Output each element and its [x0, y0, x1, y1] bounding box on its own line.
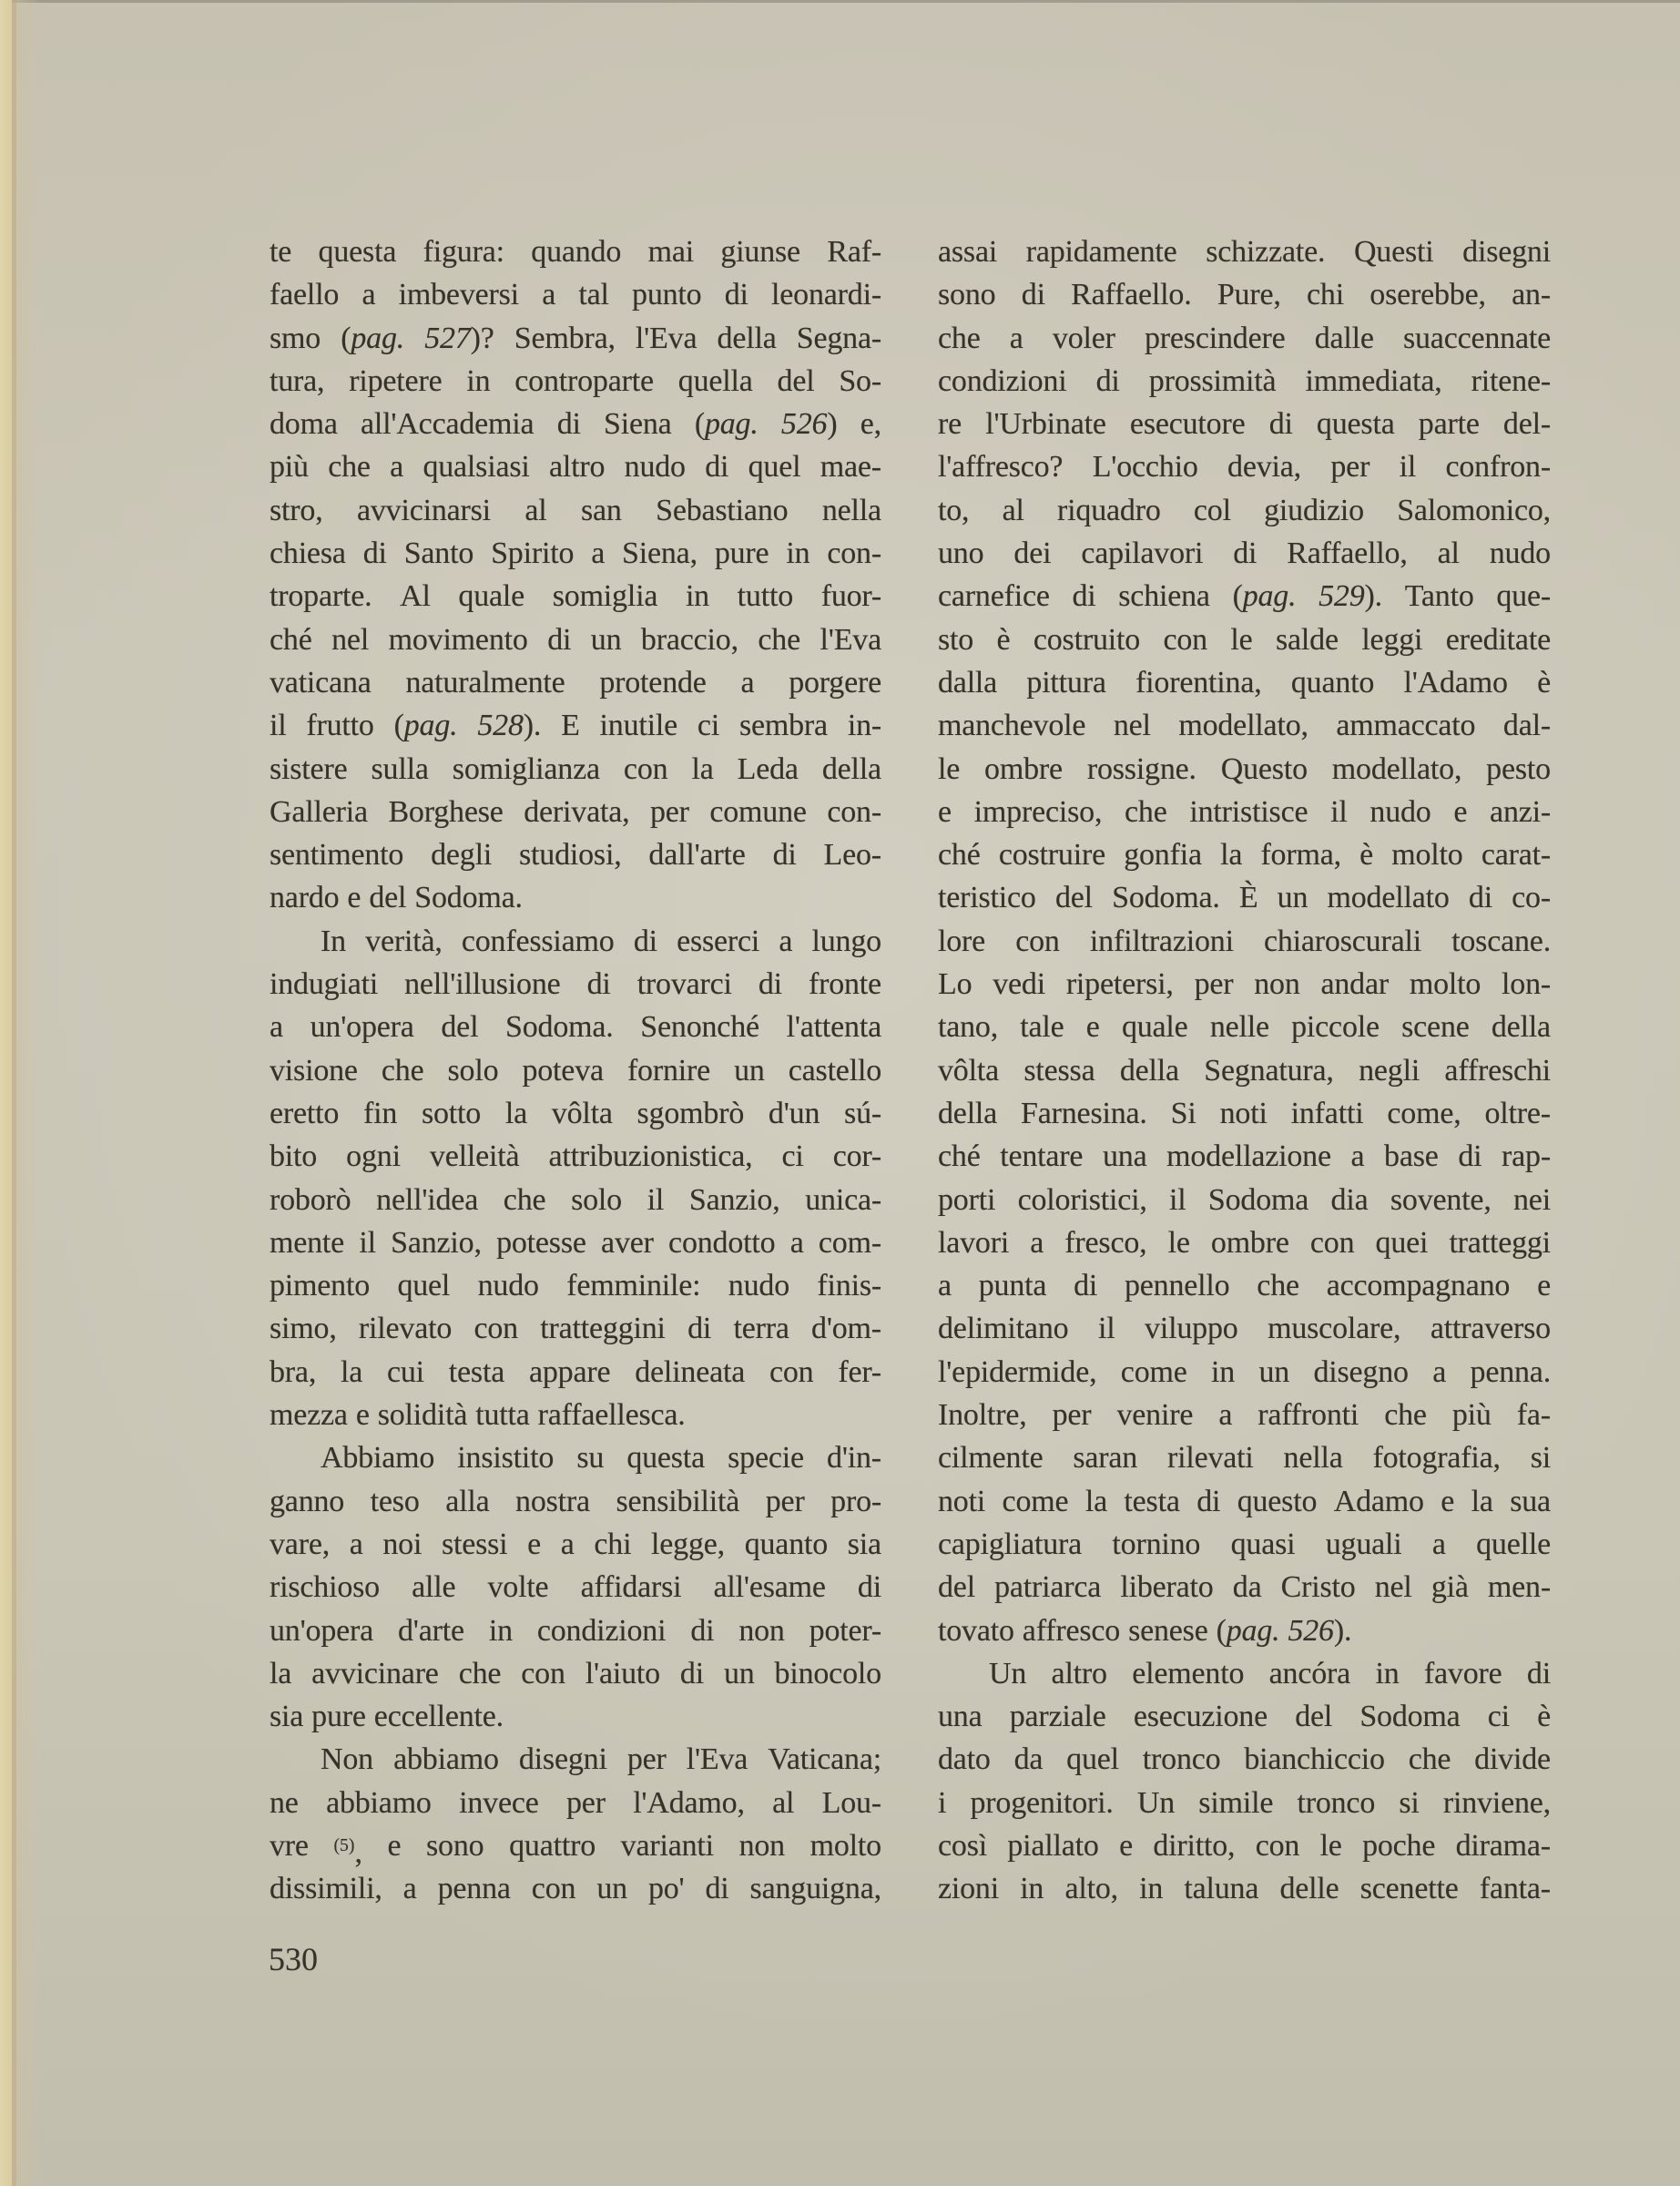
word: Sodoma [1359, 1695, 1460, 1738]
word: controparte [514, 360, 654, 403]
word: le [938, 748, 960, 791]
word: di [547, 618, 571, 661]
word: affidarsi [581, 1566, 682, 1609]
word: andar [1320, 963, 1389, 1006]
word: sentimento [270, 833, 403, 876]
word: trovarci [637, 963, 732, 1006]
word: poche [1362, 1824, 1435, 1867]
word: all'Accademia [361, 403, 534, 445]
word: raffaellesca. [538, 1394, 686, 1436]
word: finis- [817, 1264, 881, 1307]
word: chi [594, 1523, 631, 1566]
word: nelle [1210, 1006, 1269, 1048]
word: penna [438, 1867, 511, 1910]
word: di [1096, 360, 1120, 403]
word: intristisce [1189, 791, 1308, 833]
word: tale [1020, 1006, 1064, 1048]
text-line: piùcheaqualsiasialtronudodiquelmae- [270, 445, 881, 488]
word: Abbiamo [321, 1436, 434, 1479]
word: l'Adamo, [633, 1782, 745, 1824]
word: quattro [509, 1824, 596, 1867]
word: Galleria [270, 791, 368, 833]
word: a [1010, 317, 1023, 360]
word: dall'arte [648, 833, 745, 876]
word: in [1020, 1867, 1044, 1910]
word: di [680, 1652, 704, 1695]
word: in [786, 532, 809, 575]
word: condotto [668, 1221, 775, 1264]
word: velleità [430, 1135, 519, 1178]
word: porti [938, 1179, 995, 1221]
text-line: domaall'AccademiadiSiena(pag.526)e, [270, 403, 881, 445]
word: bra, [270, 1351, 316, 1394]
word: fanta- [1480, 1867, 1551, 1910]
text-line: chénelmovimentodiunbraccio,chel'Eva [270, 618, 881, 661]
word: volte [487, 1566, 548, 1609]
word: quasi [1231, 1523, 1296, 1566]
word: bianchiccio [1244, 1738, 1385, 1781]
word: mente [270, 1221, 344, 1264]
word: Al [400, 575, 431, 618]
word: quel [397, 1264, 450, 1307]
word: già [1431, 1566, 1469, 1609]
word: confessiamo [462, 920, 615, 963]
word: l'epidermide, [938, 1351, 1096, 1394]
word: che [328, 445, 371, 488]
word: pittura [1026, 661, 1105, 704]
word: confron- [1445, 445, 1550, 488]
word: voler [1053, 317, 1115, 360]
word: quale [458, 575, 524, 618]
word: in [1211, 1351, 1235, 1394]
word: coloristici, [1018, 1179, 1147, 1221]
word: schiena [1118, 575, 1210, 618]
word: patriarca [994, 1566, 1101, 1609]
word: delineata [635, 1351, 745, 1394]
text-line: Nonabbiamodisegniperl'EvaVaticana; [270, 1738, 881, 1781]
word: giudizio [1264, 489, 1364, 532]
word: Lo [938, 963, 972, 1006]
word: della [718, 317, 777, 360]
word: Lou- [822, 1782, 881, 1824]
word: derivata, [524, 791, 629, 833]
word: stessa [1023, 1049, 1095, 1092]
word: molto [1410, 963, 1481, 1006]
word: specie [728, 1436, 804, 1479]
word: leonardi- [771, 273, 881, 316]
word: per [566, 1782, 606, 1824]
word: varianti [621, 1824, 714, 1867]
text-line: Lovediripetersi,pernonandarmoltolon- [938, 963, 1551, 1006]
word: (pag. [1217, 1609, 1280, 1652]
word: con- [827, 532, 881, 575]
word: un [734, 1049, 765, 1092]
word: (pag. [341, 317, 404, 360]
word: simile [1198, 1782, 1273, 1824]
word: come [1121, 1351, 1187, 1394]
word: binocolo [775, 1652, 881, 1695]
word: po' [648, 1867, 685, 1910]
word: solidità [378, 1394, 468, 1436]
word: in [489, 1609, 513, 1652]
text-line: apuntadipennellocheaccompagnanoe [938, 1264, 1551, 1307]
word: e [1537, 1264, 1551, 1307]
word: forma, [1260, 833, 1340, 876]
word: fornire [627, 1049, 710, 1092]
word: Raffaello, [1287, 532, 1407, 575]
word: Segna- [797, 317, 881, 360]
word: l'Eva [636, 317, 697, 360]
word: nudo [625, 445, 686, 488]
page-number: 530 [269, 1938, 318, 1981]
word: rilevati [1167, 1436, 1254, 1479]
word: men- [1488, 1566, 1551, 1609]
word: capigliatura [938, 1523, 1082, 1566]
word: toscane. [1451, 920, 1551, 963]
text-line: sentimentodeglistudiosi,dall'artediLeo- [270, 833, 881, 876]
word: Questo [1221, 748, 1308, 791]
word: sistere [270, 748, 347, 791]
word: ogni [346, 1135, 401, 1178]
word: ereditate [1446, 618, 1551, 661]
word: la [1471, 1480, 1493, 1523]
word: (pag. [1233, 575, 1297, 618]
word: schizzate. [1206, 230, 1325, 273]
word: i [938, 1782, 946, 1824]
text-line: noticomelatestadiquestoAdamoelasua [938, 1480, 1551, 1523]
word: di [557, 403, 581, 445]
word: della [1120, 1049, 1179, 1092]
word: anzi- [1490, 791, 1551, 833]
word: capilavori [1081, 532, 1203, 575]
text-column-right: assairapidamenteschizzate.Questidisegnis… [938, 230, 1551, 1911]
word: e [1119, 1824, 1133, 1867]
word: que- [1496, 575, 1551, 618]
word: ombre [984, 748, 1063, 791]
word: è [1537, 1695, 1551, 1738]
text-line: cilmentesaranrilevatinellafotografia,si [938, 1436, 1551, 1479]
text-line: stro,avvicinarsialsanSebastianonella [270, 489, 881, 532]
text-line: erettofinsottolavôltasgombròd'unsú- [270, 1092, 881, 1135]
word: invece [459, 1782, 539, 1824]
word: dalla [938, 661, 997, 704]
word: del [778, 360, 815, 403]
text-line: manchevolenelmodellato,ammaccatodal- [938, 704, 1551, 747]
word: uno [938, 532, 983, 575]
word: l'Urbinate [985, 403, 1106, 445]
word: tratteggi [1449, 1221, 1551, 1264]
word: prossimità [1149, 360, 1277, 403]
word: ci [1488, 1695, 1510, 1738]
text-line: to,alriquadrocolgiudizioSalomonico, [938, 489, 1551, 532]
word: nel [1375, 1566, 1412, 1609]
word: com- [819, 1221, 881, 1264]
text-line: chiesadiSantoSpiritoaSiena,pureincon- [270, 532, 881, 575]
word: noti [1220, 1092, 1268, 1135]
word: da [1233, 1566, 1262, 1609]
word: dato [938, 1738, 991, 1781]
word: come, [1387, 1092, 1461, 1135]
word: Salomonico, [1397, 489, 1551, 532]
word: visione [270, 1049, 358, 1092]
word: Sanzio, [391, 1221, 482, 1264]
word: che [382, 1049, 424, 1092]
word: del [938, 1566, 975, 1609]
word: lungo [811, 920, 881, 963]
word: chi [1307, 273, 1344, 316]
word: il [1400, 445, 1417, 488]
text-line: rel'Urbinateesecutorediquestapartedel- [938, 403, 1551, 445]
text-line: vôltastessadellaSegnatura,negliaffreschi [938, 1049, 1551, 1092]
word: nostra [515, 1480, 590, 1523]
word: comune [709, 791, 806, 833]
word: negli [1359, 1049, 1420, 1092]
word: salde [1276, 618, 1339, 661]
word: tratteggini [540, 1307, 666, 1350]
word: ombre [1211, 1221, 1289, 1264]
word: fer- [838, 1351, 881, 1394]
word: le [1168, 1221, 1190, 1264]
word: Non [321, 1738, 373, 1781]
word: che [459, 1652, 502, 1695]
text-line: siapureeccellente. [270, 1695, 881, 1738]
word: questa [626, 1436, 705, 1479]
word: assai [938, 230, 997, 273]
word: tronco [1297, 1782, 1375, 1824]
text-line: ilfrutto(pag.528).Einutilecisembrain- [270, 704, 881, 747]
word: roborò [270, 1179, 351, 1221]
word: a [1030, 1221, 1044, 1264]
word: che [1409, 1738, 1451, 1781]
word: studiosi, [519, 833, 622, 876]
word: dissimili, [270, 1867, 382, 1910]
word: scene [1401, 1006, 1470, 1048]
word: dia [1331, 1179, 1369, 1221]
word: la [691, 748, 713, 791]
word: con [1256, 1824, 1300, 1867]
word: con [473, 1307, 518, 1350]
word: a [361, 273, 375, 316]
word: attraverso [1431, 1307, 1551, 1350]
book-page: tequestafigura:quandomaigiunseRaf-faello… [0, 0, 1680, 2186]
text-line: troparte.Alqualesomigliaintuttofuor- [270, 575, 881, 618]
word: nardo [270, 876, 339, 919]
word: re [938, 403, 962, 445]
word: 529). [1319, 575, 1382, 618]
word: affresco [1023, 1609, 1120, 1652]
text-line: eimpreciso,cheintristisceilnudoeanzi- [938, 791, 1551, 833]
word: ché [270, 618, 312, 661]
word: E [561, 704, 580, 747]
word: l'attenta [787, 1006, 881, 1048]
word: sia [270, 1695, 303, 1738]
word: bito [270, 1135, 317, 1178]
word: l'Eva [687, 1738, 748, 1781]
word: condizioni [537, 1609, 667, 1652]
text-line: unaparzialeesecuzionedelSodomaciè [938, 1695, 1551, 1738]
word: punto [632, 273, 701, 316]
word: indugiati [270, 963, 378, 1006]
word: vaticana [270, 661, 372, 704]
word: al [1438, 532, 1460, 575]
word: sanguigna, [750, 1867, 881, 1910]
word: pimento [270, 1264, 370, 1307]
word: tura, [270, 360, 324, 403]
word: con [769, 1351, 814, 1394]
word: parziale [1010, 1695, 1106, 1738]
word: elemento [1132, 1652, 1244, 1695]
word: insistito [457, 1436, 554, 1479]
word: imbeversi [399, 273, 519, 316]
word: mezza [270, 1394, 348, 1436]
text-line: simo,rilevatocontrattegginiditerrad'om- [270, 1307, 881, 1350]
word: Raffaello. [1071, 273, 1191, 316]
text-line: sonodiRaffaello.Pure,chioserebbe,an- [938, 273, 1551, 316]
word: per [1330, 445, 1369, 488]
word: è [1359, 833, 1373, 876]
word: mai [648, 230, 694, 273]
word: porgere [789, 661, 881, 704]
word: divide [1474, 1738, 1551, 1781]
word: di [705, 1867, 728, 1910]
word: e [347, 876, 361, 919]
text-line: l'epidermide,comeinundisegnoapenna. [938, 1351, 1551, 1394]
word: la [1085, 1480, 1107, 1523]
word: Raf- [827, 230, 881, 273]
word: È [1239, 876, 1258, 919]
word: dei [1013, 532, 1051, 575]
word: pure [311, 1695, 366, 1738]
word: Inoltre, [938, 1394, 1027, 1436]
word: pennello [1125, 1264, 1229, 1307]
word: femminile: [566, 1264, 700, 1307]
word: esecutore [1130, 403, 1246, 445]
word: per [766, 1480, 805, 1523]
word: un [1258, 1351, 1289, 1394]
word: Senonché [640, 1006, 759, 1048]
word: chiaroscurali [1264, 920, 1421, 963]
word: della [822, 748, 881, 791]
word: del [1055, 876, 1093, 919]
word: venire [1116, 1394, 1193, 1436]
text-line: nardoedelSodoma. [270, 876, 881, 919]
word: quale [1122, 1006, 1188, 1048]
word: questa [1317, 403, 1395, 445]
text-line: dallapitturafiorentina,quantol'Adamoè [938, 661, 1551, 704]
text-line: dissimili,apennaconunpo'disanguigna, [270, 1867, 881, 1910]
word: teristico [938, 876, 1036, 919]
text-line: mezzaesoliditàtuttaraffaellesca. [270, 1394, 881, 1436]
text-line: GalleriaBorghesederivata,percomunecon- [270, 791, 881, 833]
word: uguali [1326, 1523, 1402, 1566]
word: quanto [1291, 661, 1374, 704]
word: sembra [739, 704, 828, 747]
word: solo [571, 1179, 622, 1221]
text-line: smo(pag.527)?Sembra,l'EvadellaSegna- [270, 317, 881, 360]
word: a [790, 1221, 804, 1264]
word: rilevato [359, 1307, 452, 1350]
text-line: gannotesoallanostrasensibilitàperpro- [270, 1480, 881, 1523]
word: la [270, 1652, 291, 1695]
word: sotto [422, 1092, 481, 1135]
word: 527)? [424, 317, 494, 360]
word: Vaticana; [768, 1738, 881, 1781]
word: sgombrò [637, 1092, 745, 1135]
word: a [1432, 1351, 1446, 1394]
word: punta [979, 1264, 1047, 1307]
word: con [624, 748, 668, 791]
word: di [1074, 1264, 1097, 1307]
word: Un [989, 1652, 1026, 1695]
word: rapidamente [1026, 230, 1177, 273]
text-line: vaticananaturalmenteprotendeaporgere [270, 661, 881, 704]
word: abbiamo [393, 1738, 499, 1781]
word: noti [938, 1480, 985, 1523]
word: un'opera [270, 1609, 373, 1652]
word: delimitano [938, 1307, 1068, 1350]
word: quanto [745, 1523, 828, 1566]
text-line: sisteresullasomiglianzaconlaLedadella [270, 748, 881, 791]
word: a [938, 1264, 952, 1307]
text-line: delpatriarcaliberatodaCristonelgiàmen- [938, 1566, 1551, 1609]
word: a [561, 1523, 575, 1566]
word: alle [412, 1566, 455, 1609]
word: Siena, [622, 532, 697, 575]
word: solo [448, 1049, 499, 1092]
word: alla [445, 1480, 489, 1523]
word: protende [599, 661, 706, 704]
word: taluna [1184, 1867, 1258, 1910]
text-line: assairapidamenteschizzate.Questidisegni [938, 230, 1551, 273]
word: nella [1284, 1436, 1343, 1479]
word: in [1139, 1867, 1163, 1910]
word: a [270, 1006, 283, 1048]
word: molto [1391, 833, 1462, 876]
word: poteva [522, 1049, 603, 1092]
word: di [1233, 532, 1257, 575]
word: l'Eva [820, 618, 881, 661]
word: sto [938, 618, 973, 661]
word: (pag. [695, 403, 759, 445]
word: attribuzionistica, [548, 1135, 752, 1178]
word: nudo [1369, 791, 1431, 833]
word: di [687, 1307, 711, 1350]
text-line: unodeicapilavoridiRaffaello,alnudo [938, 532, 1551, 575]
word: non [738, 1609, 784, 1652]
word: questa [319, 230, 397, 273]
word: oltre- [1485, 1092, 1551, 1135]
word: di [759, 963, 782, 1006]
word: chiesa [270, 532, 346, 575]
word: del [1295, 1695, 1332, 1738]
word: abbiamo [326, 1782, 432, 1824]
word: quando [531, 230, 621, 273]
text-line: neabbiamoinveceperl'Adamo,alLou- [270, 1782, 881, 1824]
word: disegno [1313, 1351, 1408, 1394]
word: Siena [604, 403, 672, 445]
word: testa [449, 1351, 504, 1394]
word: di [634, 920, 657, 963]
word: carnefice [938, 575, 1050, 618]
word: con [1310, 1221, 1355, 1264]
word: parte [1419, 403, 1480, 445]
word: si [1399, 1782, 1419, 1824]
word: Questi [1354, 230, 1434, 273]
word: Santo [404, 532, 473, 575]
word: ripetersi, [1066, 963, 1174, 1006]
word: unica- [805, 1179, 881, 1221]
word: modellato, [1178, 704, 1308, 747]
